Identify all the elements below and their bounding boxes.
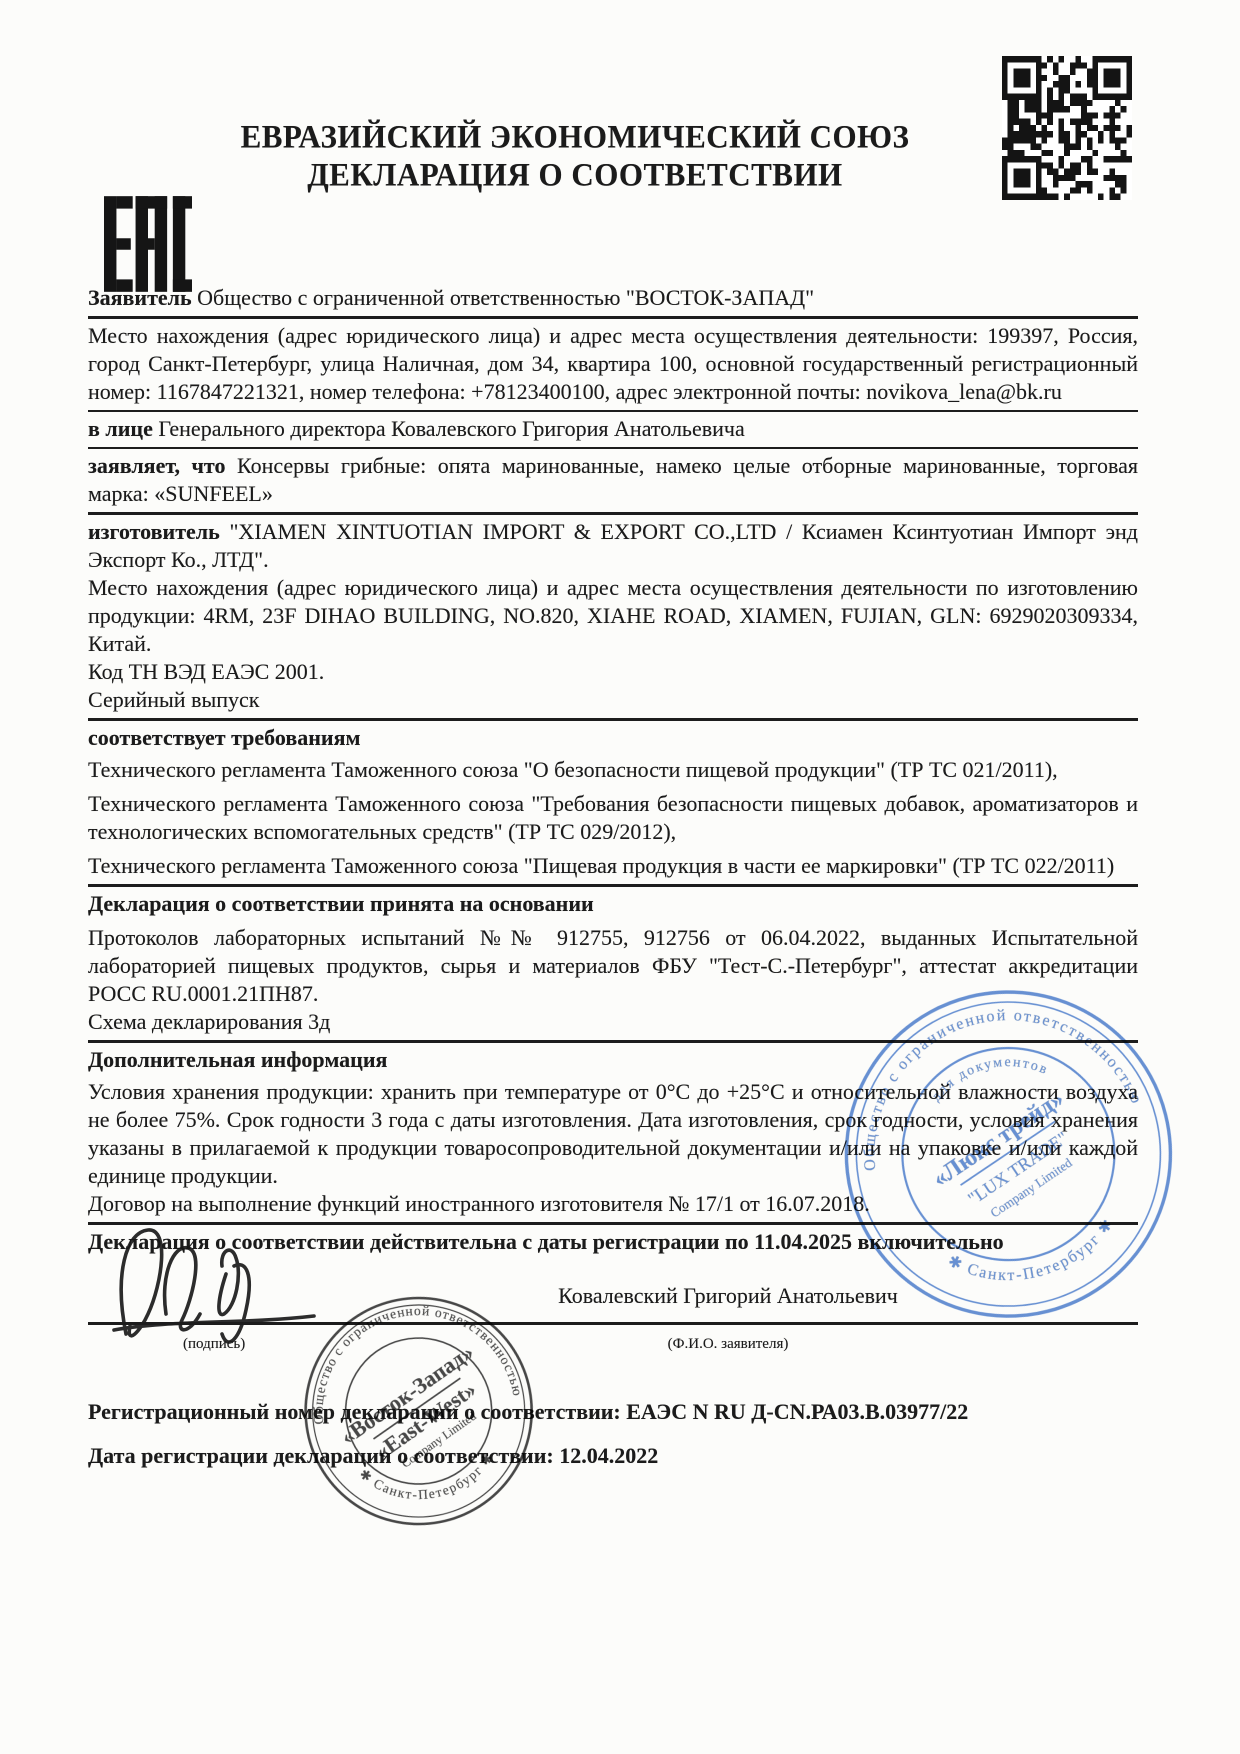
section-divider (88, 512, 1138, 515)
section-divider (88, 447, 1138, 449)
manufacturer-address: Место нахождения (адрес юридического лиц… (88, 574, 1138, 658)
manufacturer-line: изготовитель "XIAMEN XINTUOTIAN IMPORT &… (88, 518, 1138, 574)
svg-text:✱ Санкт-Петербург ✱: ✱ Санкт-Петербург ✱ (355, 1448, 501, 1511)
signature-caption: (подпись) (183, 1330, 245, 1358)
regulation-item: Технического регламента Таможенного союз… (88, 852, 1138, 880)
manufacturer-label: изготовитель (88, 519, 220, 544)
section-divider (88, 718, 1138, 721)
regulation-item: Технического регламента Таможенного союз… (88, 790, 1138, 846)
stamp-black-outer-bottom: ✱ Санкт-Петербург ✱ (355, 1448, 501, 1511)
tn-ved-code: Код ТН ВЭД ЕАЭС 2001. (88, 658, 1138, 686)
basis-heading: Декларация о соответствии принята на осн… (88, 890, 1138, 918)
applicant-line: Заявитель Общество с ограниченной ответс… (88, 284, 1138, 312)
section-divider (88, 410, 1138, 412)
name-caption: (Ф.И.О. заявителя) (528, 1330, 928, 1358)
registration-number-line: Регистрационный номер декларации о соотв… (88, 1398, 1138, 1426)
regulation-item: Технического регламента Таможенного союз… (88, 756, 1138, 784)
manufacturer-value: "XIAMEN XINTUOTIAN IMPORT & EXPORT CO.,L… (88, 519, 1138, 572)
declares-line: заявляет, что Консервы грибные: опята ма… (88, 452, 1138, 508)
in-person-line: в лице Генерального директора Ковалевско… (88, 415, 1138, 443)
in-person-value: Генерального директора Ковалевского Григ… (158, 416, 744, 441)
declaration-document: ЕВРАЗИЙСКИЙ ЭКОНОМИЧЕСКИЙ СОЮЗ ДЕКЛАРАЦИ… (0, 0, 1240, 1754)
declares-label: заявляет, что (88, 453, 225, 478)
registration-date-line: Дата регистрации декларации о соответств… (88, 1442, 1138, 1470)
applicant-label: Заявитель (88, 285, 192, 310)
in-person-label: в лице (88, 416, 153, 441)
complies-heading: соответствует требованиям (88, 724, 1138, 752)
section-divider (88, 884, 1138, 887)
section-divider (88, 316, 1138, 319)
applicant-value: Общество с ограниченной ответственностью… (197, 285, 814, 310)
company-stamp-black: Общество с ограниченной ответственностью… (284, 1277, 554, 1551)
applicant-address: Место нахождения (адрес юридического лиц… (88, 322, 1138, 406)
serial-release: Серийный выпуск (88, 686, 1138, 714)
product-description: Консервы грибные: опята маринованные, на… (88, 453, 1138, 506)
